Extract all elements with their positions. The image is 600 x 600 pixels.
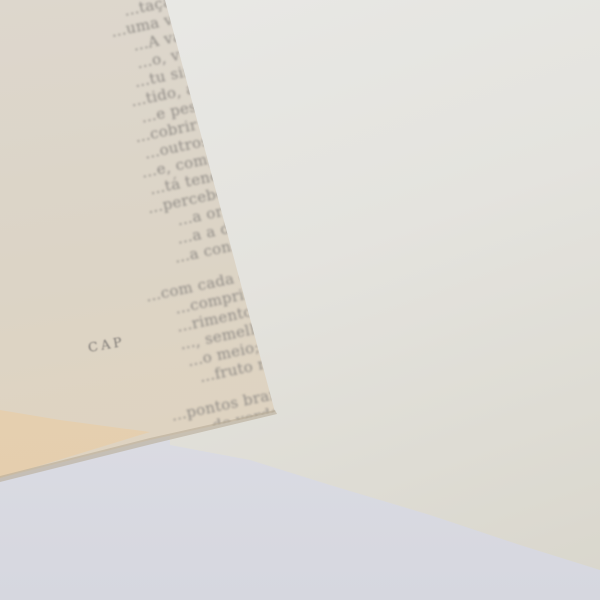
photo-scene: ...e contacto...sua contra, os...tação s… [0, 0, 600, 600]
